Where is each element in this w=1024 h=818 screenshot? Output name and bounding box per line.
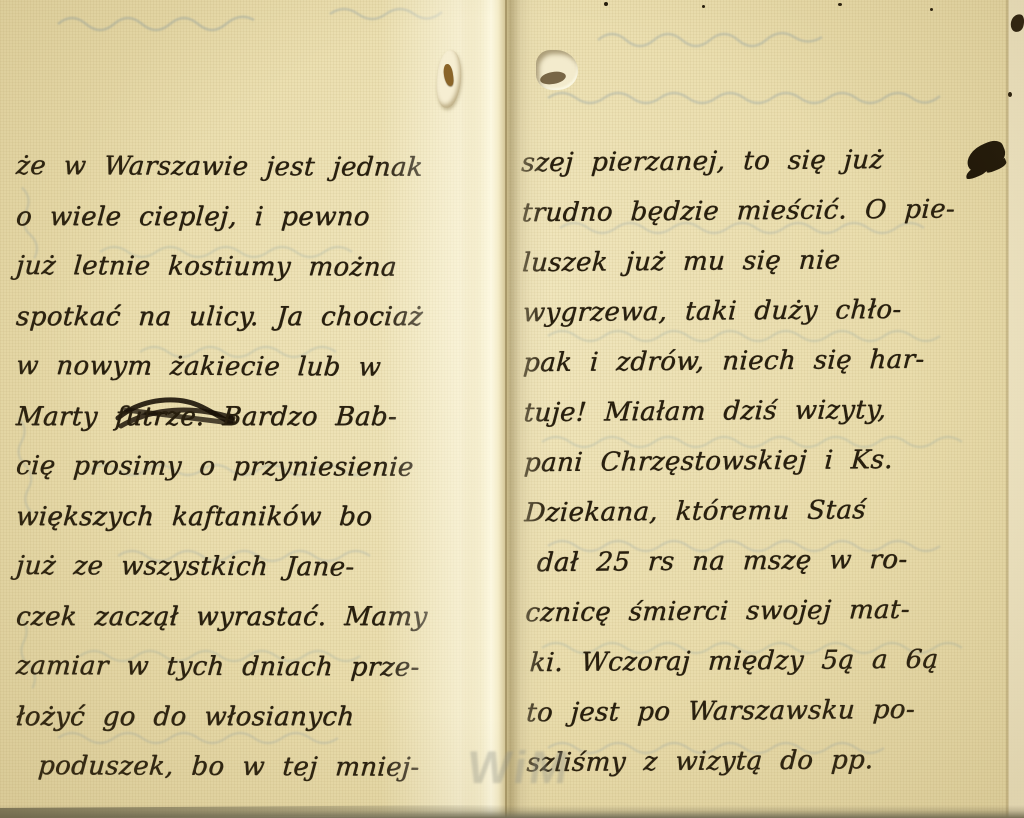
ink-speck xyxy=(702,5,705,8)
handwriting-line: większych kaftaników bo xyxy=(14,492,499,542)
handwriting-line: szej pierzanej, to się już xyxy=(520,134,1019,188)
gutter-crease-line xyxy=(505,0,507,818)
handwriting-line: cznicę śmierci swojej mat- xyxy=(524,584,1023,638)
paper-hole xyxy=(536,50,578,90)
handwriting-line: cię prosimy o przyniesienie xyxy=(14,441,500,493)
ink-speck xyxy=(1008,92,1012,97)
handwriting-line: o wiele cieplej, i pewno xyxy=(14,192,499,242)
handwriting-line: to jest po Warszawsku po- xyxy=(525,684,1024,738)
ink-speck xyxy=(930,8,933,11)
handwriting-line: poduszek, bo w tej mniej- xyxy=(14,741,500,793)
paper-right-edge xyxy=(1006,0,1024,818)
handwriting-line: wygrzewa, taki duży chło- xyxy=(521,284,1020,338)
watermark: WiM xyxy=(464,740,575,794)
handwriting-line: że w Warszawie jest jednak xyxy=(14,141,500,193)
handwriting-line: czek zaczął wyrastać. Mamy xyxy=(14,592,499,642)
handwriting-line: łożyć go do włosianych xyxy=(14,692,499,742)
handwriting-line: ki. Wczoraj między 5ą a 6ą xyxy=(524,634,1023,688)
handwriting-line: dał 25 rs na mszę w ro- xyxy=(523,534,1022,588)
left-page: że w Warszawie jest jednak o wiele ciepl… xyxy=(16,142,498,792)
handwriting-line: Dziekana, któremu Staś xyxy=(523,484,1022,538)
handwriting-line: Marty futrze. Bardzo Bab- xyxy=(14,392,499,442)
handwriting-line: już letnie kostiumy można xyxy=(14,241,500,293)
handwriting-line: tuje! Miałam dziś wizyty, xyxy=(522,384,1021,438)
handwriting-line: w nowym żakiecie lub w xyxy=(14,341,500,393)
handwriting-line: spotkać na ulicy. Ja chociaż xyxy=(14,292,499,342)
handwriting-line: zamiar w tych dniach prze- xyxy=(14,641,500,693)
handwriting-line: luszek już mu się nie xyxy=(521,234,1020,288)
ink-speck xyxy=(838,3,842,6)
right-page: szej pierzanej, to się już trudno będzie… xyxy=(521,134,1023,788)
letter-scan: że w Warszawie jest jednak o wiele ciepl… xyxy=(0,0,1024,818)
handwriting-line: szliśmy z wizytą do pp. xyxy=(525,734,1024,788)
handwriting-line: pani Chrzęstowskiej i Ks. xyxy=(522,434,1021,488)
handwriting-line: pak i zdrów, niech się har- xyxy=(522,334,1021,388)
ink-speck xyxy=(604,2,608,6)
handwriting-line: trudno będzie mieścić. O pie- xyxy=(520,184,1019,238)
handwriting-line: już ze wszystkich Jane- xyxy=(14,541,500,593)
